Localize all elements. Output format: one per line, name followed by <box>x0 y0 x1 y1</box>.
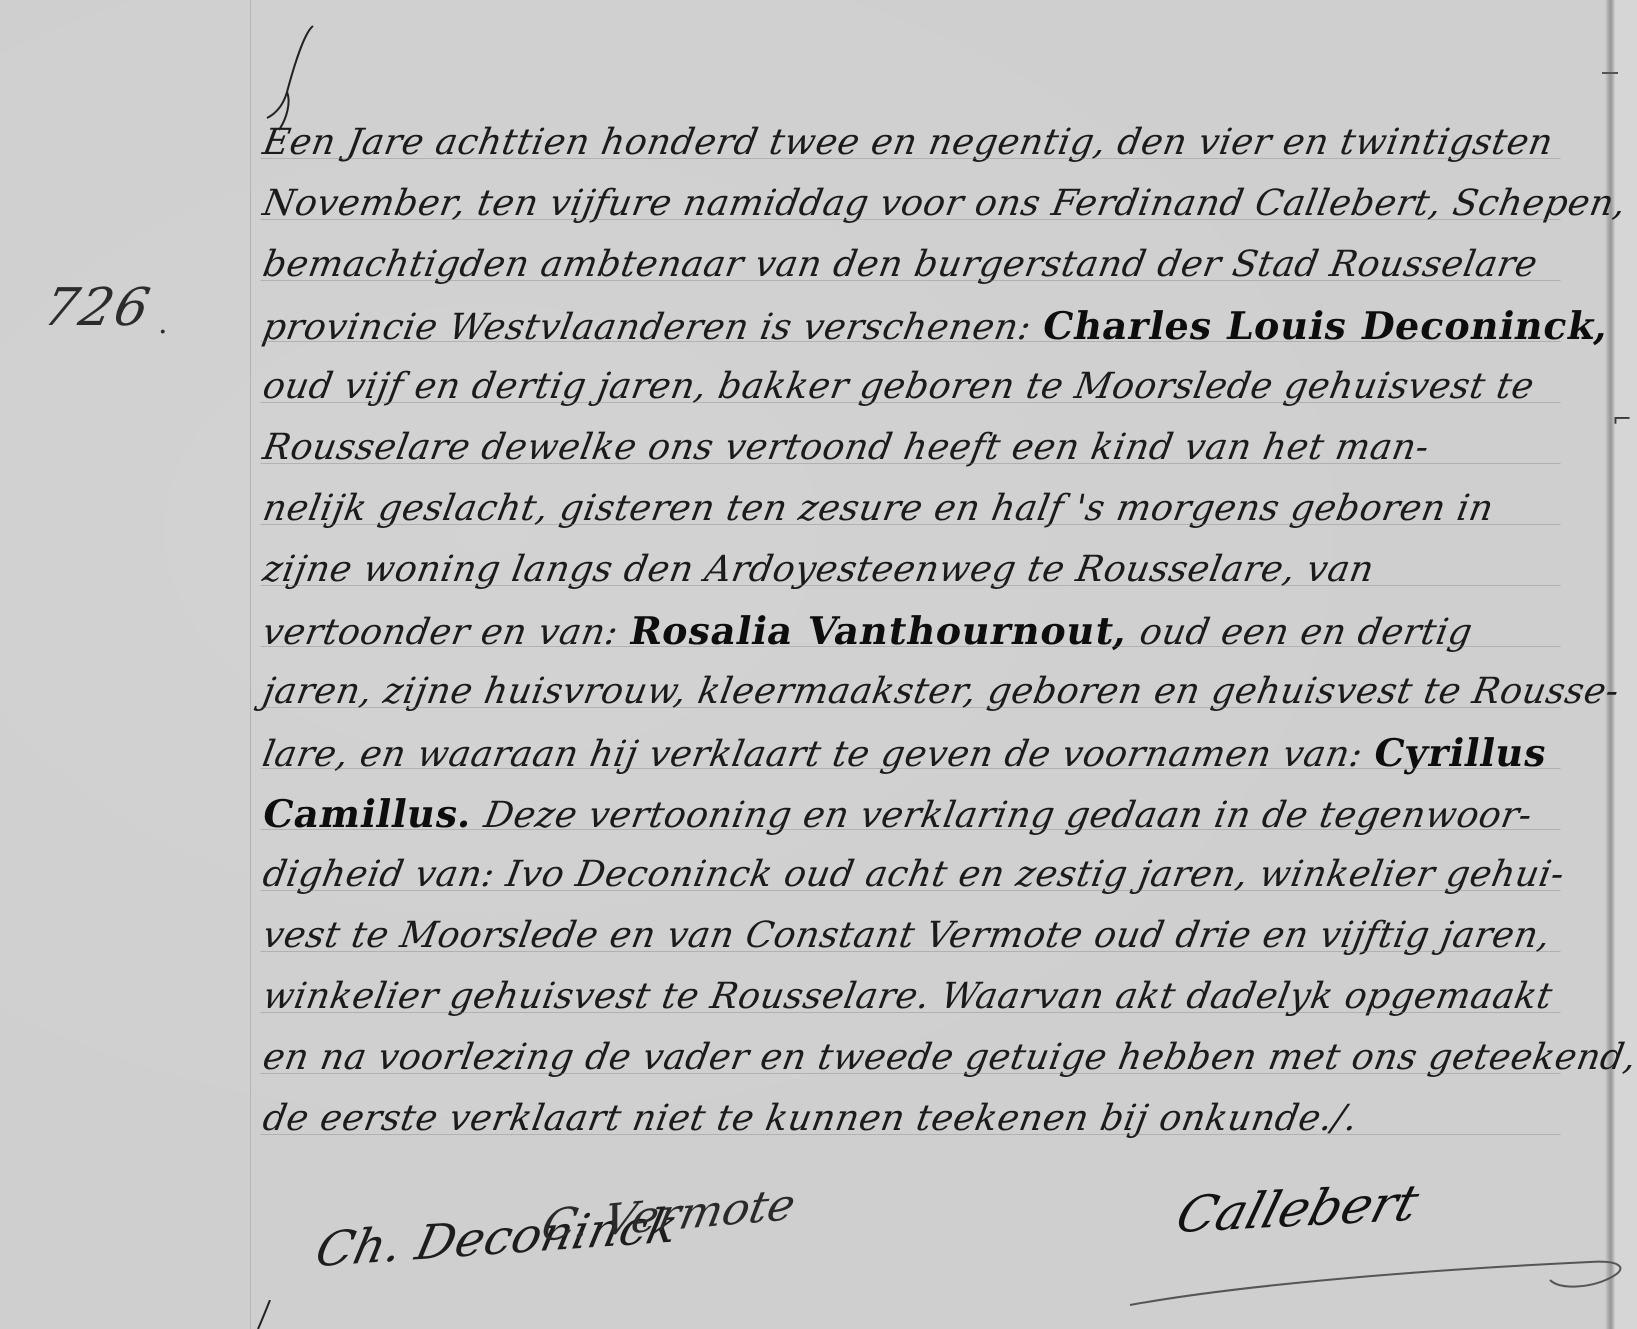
text-line-9: vertoonder en van: Rosalia Vanthournout,… <box>258 600 1609 661</box>
text-line-10: jaren, zijne huisvrouw, kleermaakster, g… <box>258 661 1609 722</box>
entry-number-dot: . <box>158 306 168 341</box>
text-line-2: November, ten vijfure namiddag voor ons … <box>258 173 1609 234</box>
signature-paraph-icon <box>1120 1250 1637 1310</box>
text-line-3: bemachtigden ambtenaar van den burgersta… <box>258 234 1609 295</box>
text-line-11: lare, en waaraan hij verklaart te geven … <box>258 722 1609 783</box>
record-body: Een Jare achttien honderd twee en negent… <box>258 112 1598 1149</box>
binding-notch <box>1602 72 1618 74</box>
entry-number: 726 <box>39 278 157 338</box>
edge-tick-mark: ⌐ <box>1612 405 1632 433</box>
text-line-7: nelijk geslacht, gisteren ten zesure en … <box>258 478 1609 539</box>
signature-officer: Callebert <box>1170 1174 1425 1244</box>
text-line-1: Een Jare achttien honderd twee en negent… <box>258 112 1609 173</box>
signature-block: Ch. Deconinck C. Vermote Callebert <box>300 1180 1600 1320</box>
text-line-4: provincie Westvlaanderen is verschenen: … <box>258 295 1609 356</box>
text-line-17: de eerste verklaart niet te kunnen teeke… <box>258 1088 1609 1149</box>
text-line-13: digheid van: Ivo Deconinck oud acht en z… <box>258 844 1609 905</box>
text-line-15: winkelier gehuisvest te Rousselare. Waar… <box>258 966 1609 1027</box>
text-line-12: Camillus. Deze vertooning en verklaring … <box>258 783 1609 844</box>
text-line-14: vest te Moorslede en van Constant Vermot… <box>258 905 1609 966</box>
text-line-8: zijne woning langs den Ardoyesteenweg te… <box>258 539 1609 600</box>
text-line-5: oud vijf en dertig jaren, bakker geboren… <box>258 356 1609 417</box>
next-entry-flourish-icon <box>250 1300 280 1329</box>
margin-rule <box>250 0 251 1329</box>
text-line-16: en na voorlezing de vader en tweede getu… <box>258 1027 1609 1088</box>
text-line-6: Rousselare dewelke ons vertoond heeft ee… <box>258 417 1609 478</box>
document-page: ⌐ 726 . Een Jare achttien honderd twee e… <box>0 0 1637 1329</box>
